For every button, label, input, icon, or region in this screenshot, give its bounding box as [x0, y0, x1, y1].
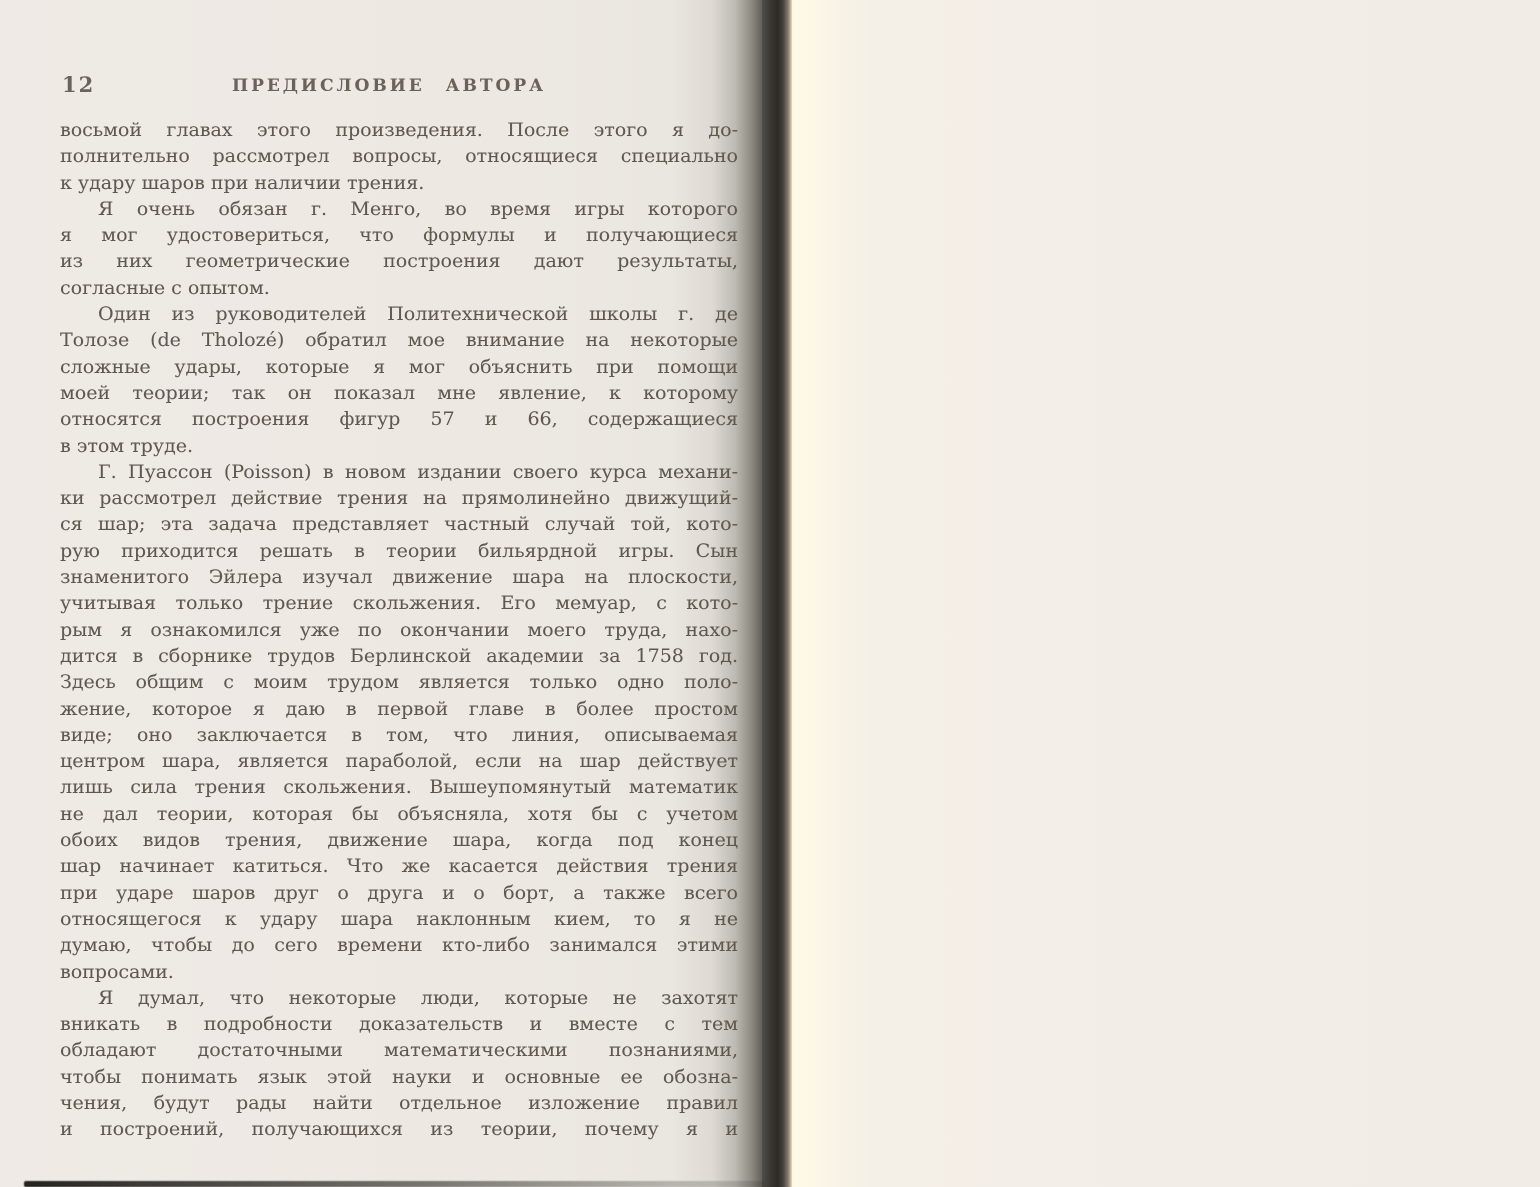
- text-line: думаю, чтобы до сего времени кто-либо за…: [60, 932, 738, 958]
- text-line: рым я ознакомился уже по окончании моего…: [60, 617, 738, 643]
- text-line: вникать в подробности доказательств и вм…: [60, 1011, 738, 1037]
- text-line: я мог удостовериться, что формулы и полу…: [60, 222, 738, 248]
- text-line: в этом труде.: [60, 433, 738, 459]
- text-line: сложные удары, которые я мог объяснить п…: [60, 354, 738, 380]
- running-head-left: ПРЕДИСЛОВИЕ АВТОРА: [50, 76, 728, 96]
- text-line: вопросами.: [60, 959, 738, 985]
- text-line: ки рассмотрел действие трения на прямоли…: [60, 485, 738, 511]
- text-line: из них геометрические построения дают ре…: [60, 248, 738, 274]
- paragraph: Я думал, что некоторые люди, которые не …: [60, 985, 738, 1143]
- text-line: Г. Пуассон (Poisson) в новом издании сво…: [60, 459, 738, 485]
- text-line: обоих видов трения, движение шара, когда…: [60, 827, 738, 853]
- text-line: лишь сила трения скольжения. Вышеупомяну…: [60, 774, 738, 800]
- text-line: моей теории; так он показал мне явление,…: [60, 380, 738, 406]
- text-line: знаменитого Эйлера изучал движение шара …: [60, 564, 738, 590]
- text-line: жение, которое я даю в первой главе в бо…: [60, 696, 738, 722]
- text-line: шар начинает катиться. Что же касается д…: [60, 853, 738, 879]
- text-line: полнительно рассмотрел вопросы, относящи…: [60, 143, 738, 169]
- book-gutter: [762, 0, 792, 1187]
- text-line: относятся построения фигур 57 и 66, соде…: [60, 406, 738, 432]
- text-line: согласные с опытом.: [60, 275, 738, 301]
- paragraph: восьмой главах этого произведения. После…: [60, 117, 738, 196]
- paragraph: Я очень обязан г. Менго, во время игры к…: [60, 196, 738, 301]
- page-left: 12 ПРЕДИСЛОВИЕ АВТОРА восьмой главах это…: [0, 0, 762, 1187]
- text-line: Я думал, что некоторые люди, которые не …: [60, 985, 738, 1011]
- text-line: центром шара, является параболой, если н…: [60, 748, 738, 774]
- scan-bottom-edge: [24, 1181, 765, 1187]
- text-line: учитывая только трение скольжения. Его м…: [60, 590, 738, 616]
- text-line: Я очень обязан г. Менго, во время игры к…: [60, 196, 738, 222]
- text-line: Здесь общим с моим трудом является тольк…: [60, 669, 738, 695]
- text-line: не дал теории, которая бы объясняла, хот…: [60, 801, 738, 827]
- text-line: и построений, получающихся из теории, по…: [60, 1116, 738, 1142]
- paragraph: Один из руководителей Политехнической шк…: [60, 301, 738, 459]
- page-right: ПРЕДИСЛОВИЕ АВТОРА 13 поместил его в нач…: [792, 0, 1540, 1187]
- text-line: ся шар; эта задача представляет частный …: [60, 511, 738, 537]
- paragraph: Г. Пуассон (Poisson) в новом издании сво…: [60, 459, 738, 985]
- text-line: Один из руководителей Политехнической шк…: [60, 301, 738, 327]
- text-line: к удару шаров при наличии трения.: [60, 170, 738, 196]
- text-line: чтобы понимать язык этой науки и основны…: [60, 1064, 738, 1090]
- text-line: при ударе шаров друг о друга и о борт, а…: [60, 880, 738, 906]
- text-line: восьмой главах этого произведения. После…: [60, 117, 738, 143]
- text-line: дится в сборнике трудов Берлинской акаде…: [60, 643, 738, 669]
- book-scan: 12 ПРЕДИСЛОВИЕ АВТОРА восьмой главах это…: [0, 0, 1540, 1187]
- text-line: виде; оно заключается в том, что линия, …: [60, 722, 738, 748]
- text-line: Толозе (de Tholozé) обратил мое внимание…: [60, 327, 738, 353]
- text-line: чения, будут рады найти отдельное изложе…: [60, 1090, 738, 1116]
- text-line: рую приходится решать в теории бильярдно…: [60, 538, 738, 564]
- text-line: обладают достаточными математическими по…: [60, 1037, 738, 1063]
- text-line: относящегося к удару шара наклонным кием…: [60, 906, 738, 932]
- body-text-left: восьмой главах этого произведения. После…: [60, 117, 738, 1143]
